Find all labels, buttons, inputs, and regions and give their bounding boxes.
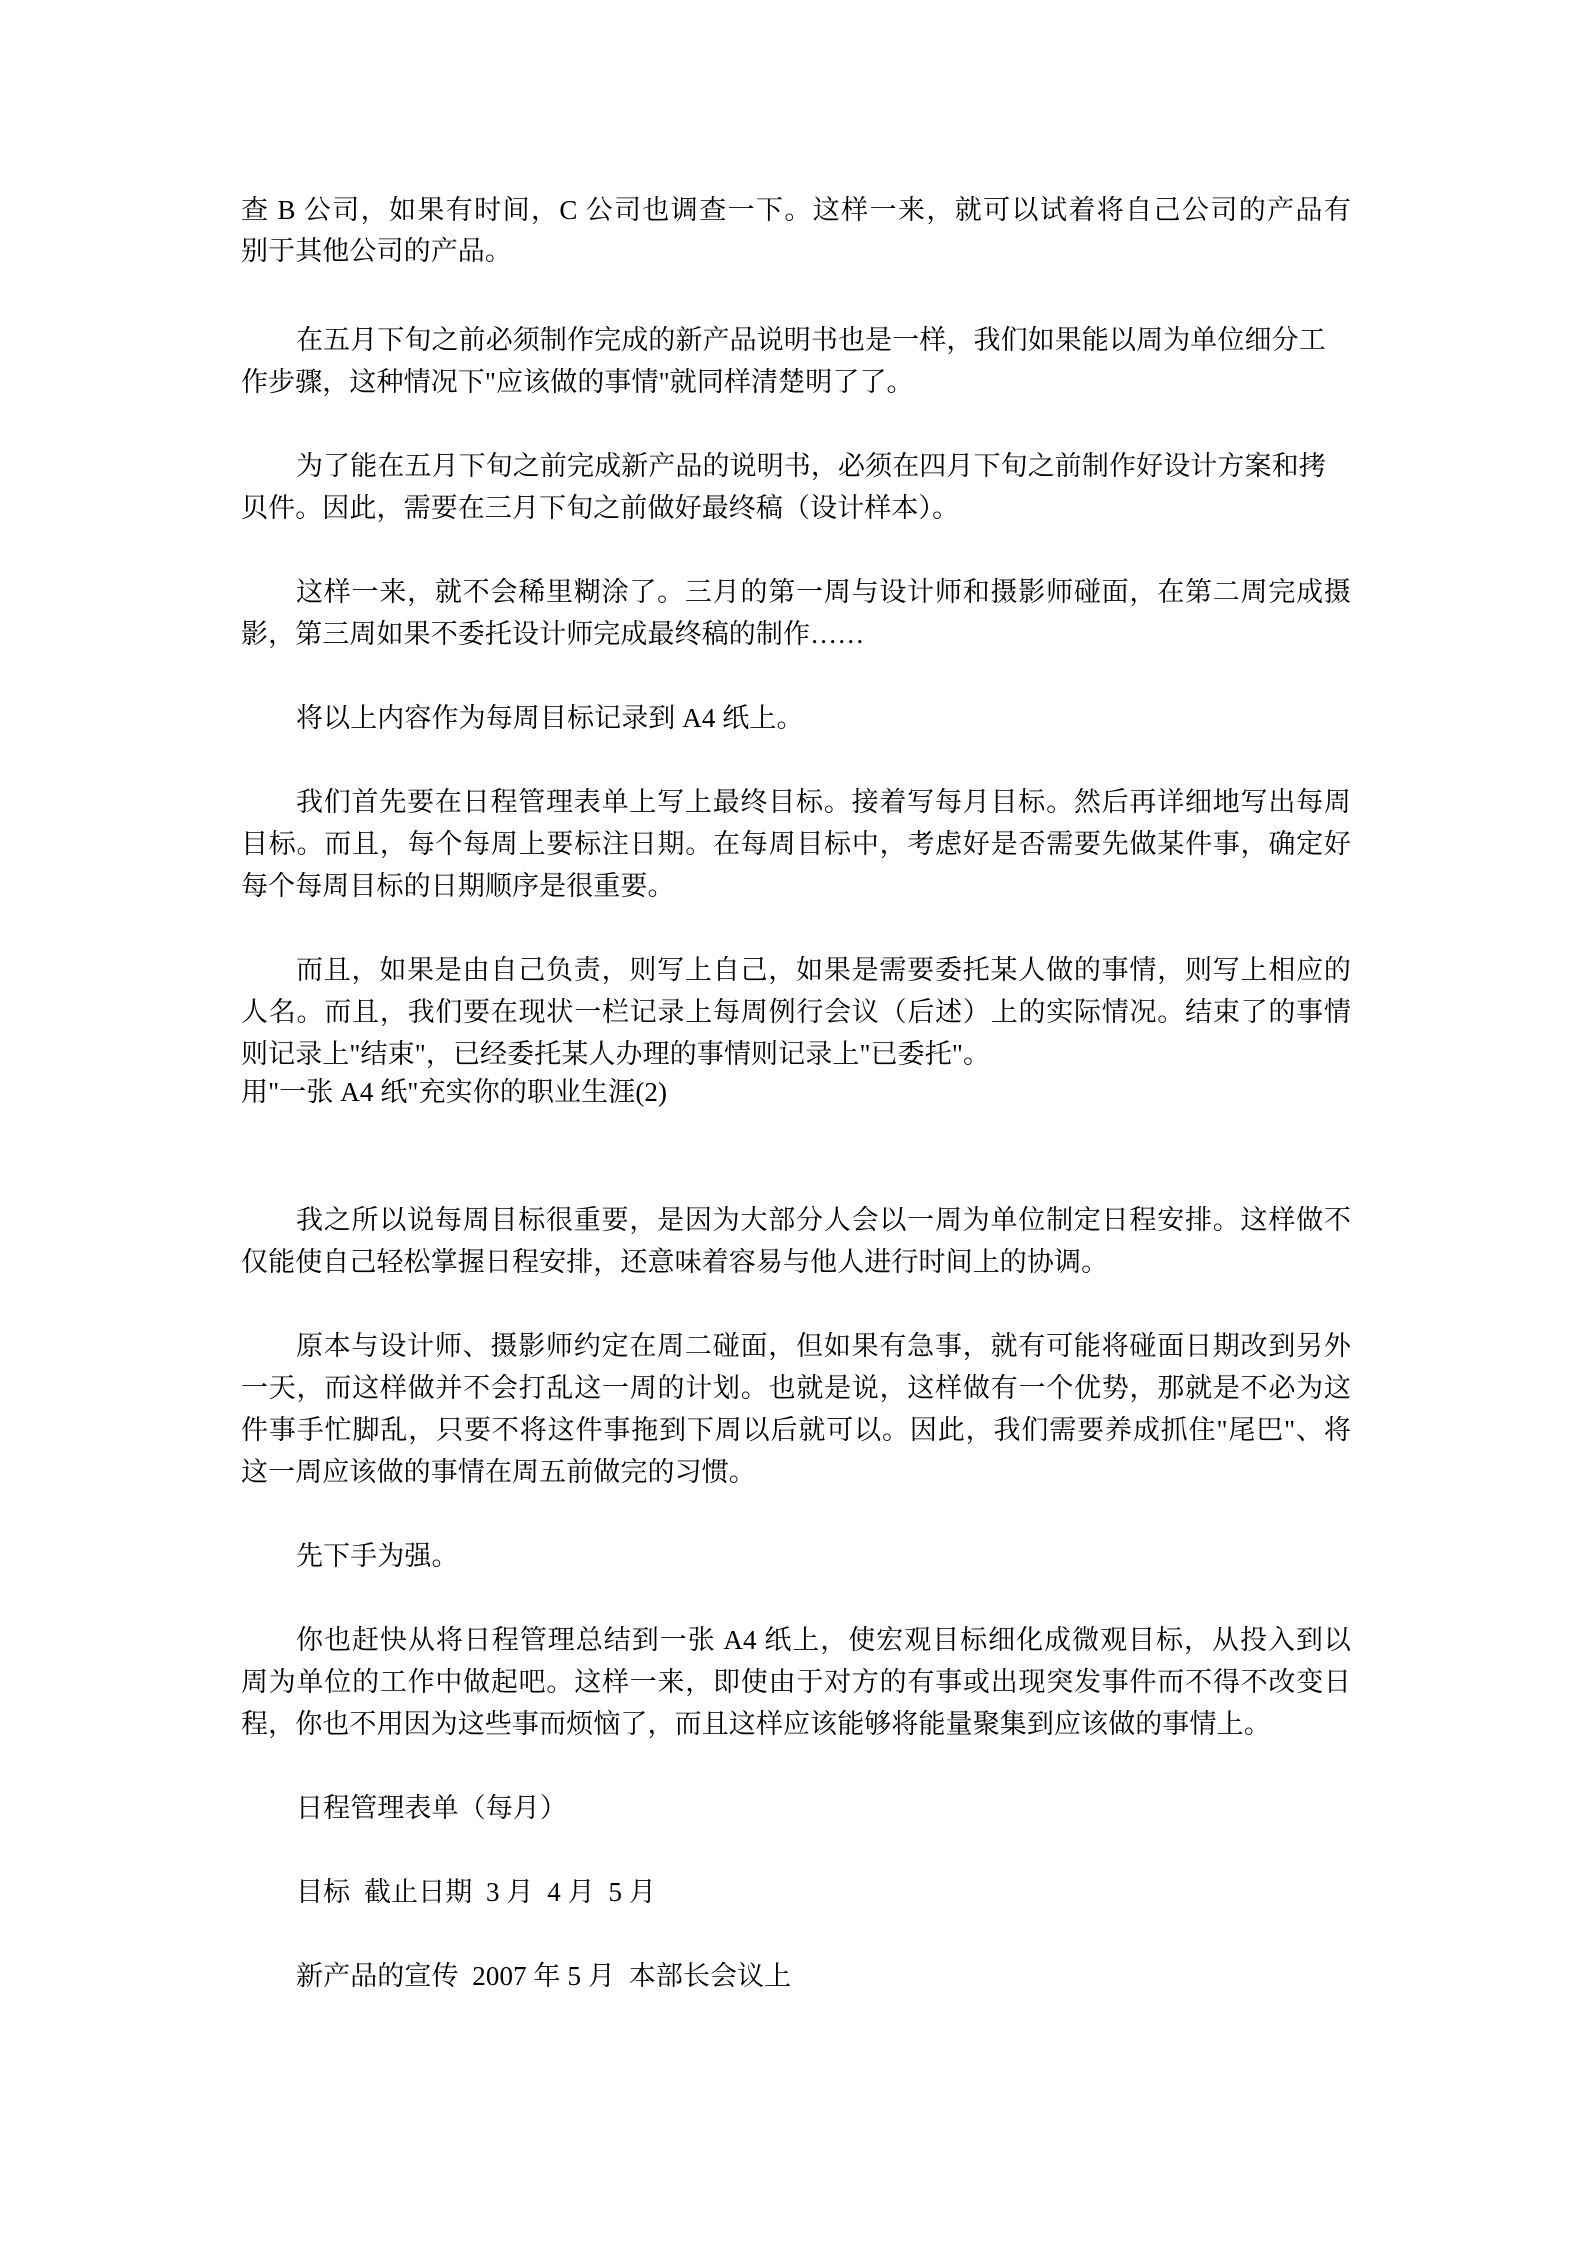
paragraph-7-line-2: 人名。而且，我们要在现状一栏记录上每周例行会议（后述）上的实际情况。结束了的事情 — [241, 995, 1351, 1029]
document-page: 查 B 公司，如果有时间，C 公司也调查一下。这样一来，就可以试着将自己公司的产… — [0, 0, 1586, 2244]
paragraph-4-line-1: 这样一来，就不会稀里糊涂了。三月的第一周与设计师和摄影师碰面，在第二周完成摄 — [296, 575, 1351, 609]
section-heading: 用"一张 A4 纸"充实你的职业生涯(2) — [241, 1075, 1351, 1109]
paragraph-9-line-4: 这一周应该做的事情在周五前做完的习惯。 — [241, 1455, 1351, 1489]
paragraph-2-line-2: 作步骤，这种情况下"应该做的事情"就同样清楚明了了。 — [241, 365, 1351, 399]
paragraph-9-line-2: 一天，而这样做并不会打乱这一周的计划。也就是说，这样做有一个优势，那就是不必为这 — [241, 1371, 1351, 1405]
paragraph-10-line-1: 先下手为强。 — [296, 1539, 1406, 1573]
paragraph-7-line-3: 则记录上"结束"，已经委托某人办理的事情则记录上"已委托"。 — [241, 1037, 1351, 1071]
paragraph-8-line-1: 我之所以说每周目标很重要，是因为大部分人会以一周为单位制定日程安排。这样做不 — [296, 1203, 1351, 1237]
paragraph-5-line-1: 将以上内容作为每周目标记录到 A4 纸上。 — [296, 701, 1406, 735]
table-data-row: 新产品的宣传 2007 年 5 月 本部长会议上 — [296, 1959, 1406, 1993]
paragraph-9-line-3: 件事手忙脚乱，只要不将这件事拖到下周以后就可以。因此，我们需要养成抓住"尾巴"、… — [241, 1413, 1351, 1447]
paragraph-9-line-1: 原本与设计师、摄影师约定在周二碰面，但如果有急事，就有可能将碰面日期改到另外 — [296, 1329, 1351, 1363]
paragraph-3-line-1: 为了能在五月下旬之前完成新产品的说明书，必须在四月下旬之前制作好设计方案和拷 — [296, 449, 1351, 483]
paragraph-6-line-2: 目标。而且，每个每周上要标注日期。在每周目标中，考虑好是否需要先做某件事，确定好 — [241, 827, 1351, 861]
paragraph-6-line-3: 每个每周目标的日期顺序是很重要。 — [241, 869, 1351, 903]
paragraph-11-line-3: 程，你也不用因为这些事而烦恼了，而且这样应该能够将能量聚集到应该做的事情上。 — [241, 1707, 1351, 1741]
paragraph-8-line-2: 仅能使自己轻松掌握日程安排，还意味着容易与他人进行时间上的协调。 — [241, 1245, 1351, 1279]
paragraph-1-line-2: 别于其他公司的产品。 — [241, 234, 1351, 268]
paragraph-4-line-2: 影，第三周如果不委托设计师完成最终稿的制作…… — [241, 617, 1351, 651]
table-title: 日程管理表单（每月） — [296, 1791, 1406, 1825]
paragraph-6-line-1: 我们首先要在日程管理表单上写上最终目标。接着写每月目标。然后再详细地写出每周 — [296, 785, 1351, 819]
paragraph-11-line-1: 你也赶快从将日程管理总结到一张 A4 纸上，使宏观目标细化成微观目标，从投入到以 — [296, 1623, 1351, 1657]
paragraph-3-line-2: 贝件。因此，需要在三月下旬之前做好最终稿（设计样本）。 — [241, 491, 1351, 525]
paragraph-11-line-2: 周为单位的工作中做起吧。这样一来，即使由于对方的有事或出现突发事件而不得不改变日 — [241, 1665, 1351, 1699]
paragraph-2-line-1: 在五月下旬之前必须制作完成的新产品说明书也是一样，我们如果能以周为单位细分工 — [296, 323, 1351, 357]
paragraph-7-line-1: 而且，如果是由自己负责，则写上自己，如果是需要委托某人做的事情，则写上相应的 — [296, 953, 1351, 987]
paragraph-1-line-1: 查 B 公司，如果有时间，C 公司也调查一下。这样一来，就可以试着将自己公司的产… — [241, 193, 1351, 227]
table-header-row: 目标 截止日期 3 月 4 月 5 月 — [296, 1875, 1406, 1909]
